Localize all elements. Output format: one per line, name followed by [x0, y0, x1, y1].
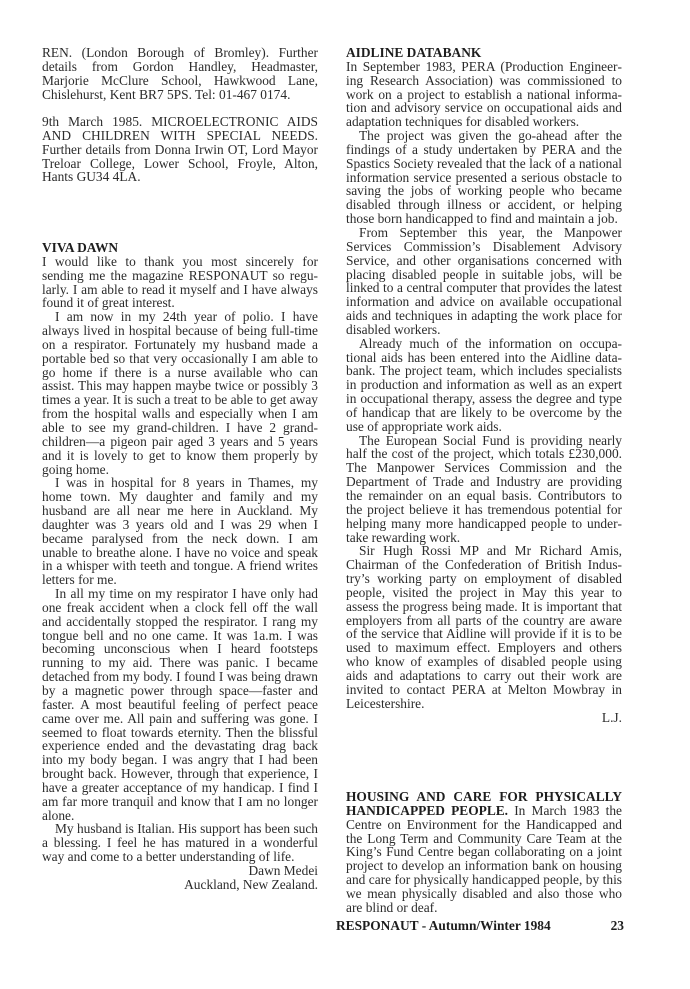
article-paragraph: In September 1983, PERA (Production Engi… — [346, 60, 622, 129]
event-text: REN. (London Borough of Bromley). Furthe… — [42, 46, 318, 101]
signature-initials: L.J. — [346, 711, 622, 725]
article-body: In March 1983 the Centre on Environment … — [346, 803, 622, 915]
article-paragraph: The European Social Fund is providing ne… — [346, 434, 622, 545]
signature-name: Dawn Medei — [42, 864, 318, 878]
article-heading: VIVA DAWN — [42, 241, 318, 255]
event-listing-bromley: REN. (London Borough of Bromley). Furthe… — [42, 46, 318, 101]
article-paragraph: In all my time on my respirator I have o… — [42, 587, 318, 822]
event-listing-microelectronic: 9th March 1985. MICROELECTRONIC AIDS AND… — [42, 115, 318, 184]
event-text: 9th March 1985. MICROELECTRONIC AIDS AND… — [42, 115, 318, 184]
article-paragraph: I would like to thank you most sincerely… — [42, 255, 318, 310]
article-paragraph: I am now in my 24th year of polio. I hav… — [42, 310, 318, 476]
article-paragraph: From September this year, the Manpower S… — [346, 226, 622, 337]
article-heading: AIDLINE DATABANK — [346, 46, 622, 60]
signature-place: Auckland, New Zealand. — [42, 878, 318, 892]
article-paragraph: My husband is Italian. His support has b… — [42, 822, 318, 864]
article-paragraph: The project was given the go-ahead after… — [346, 129, 622, 226]
article-paragraph: HOUSING AND CARE FOR PHYSICALLY HANDICAP… — [346, 790, 622, 915]
article-aidline-databank: AIDLINE DATABANK In September 1983, PERA… — [346, 46, 622, 724]
article-paragraph: Sir Hugh Rossi MP and Mr Richard Amis, C… — [346, 544, 622, 710]
article-viva-dawn: VIVA DAWN I would like to thank you most… — [42, 241, 318, 892]
article-paragraph: I was in hospital for 8 years in Thames,… — [42, 476, 318, 587]
publication-title: RESPONAUT - Autumn/Winter 1984 — [336, 918, 551, 934]
article-housing-and-care: HOUSING AND CARE FOR PHYSICALLY HANDICAP… — [346, 790, 622, 915]
article-paragraph: Already much of the information on occup… — [346, 337, 622, 434]
page-footer: RESPONAUT - Autumn/Winter 1984 23 — [336, 918, 624, 934]
page-number: 23 — [611, 918, 624, 934]
